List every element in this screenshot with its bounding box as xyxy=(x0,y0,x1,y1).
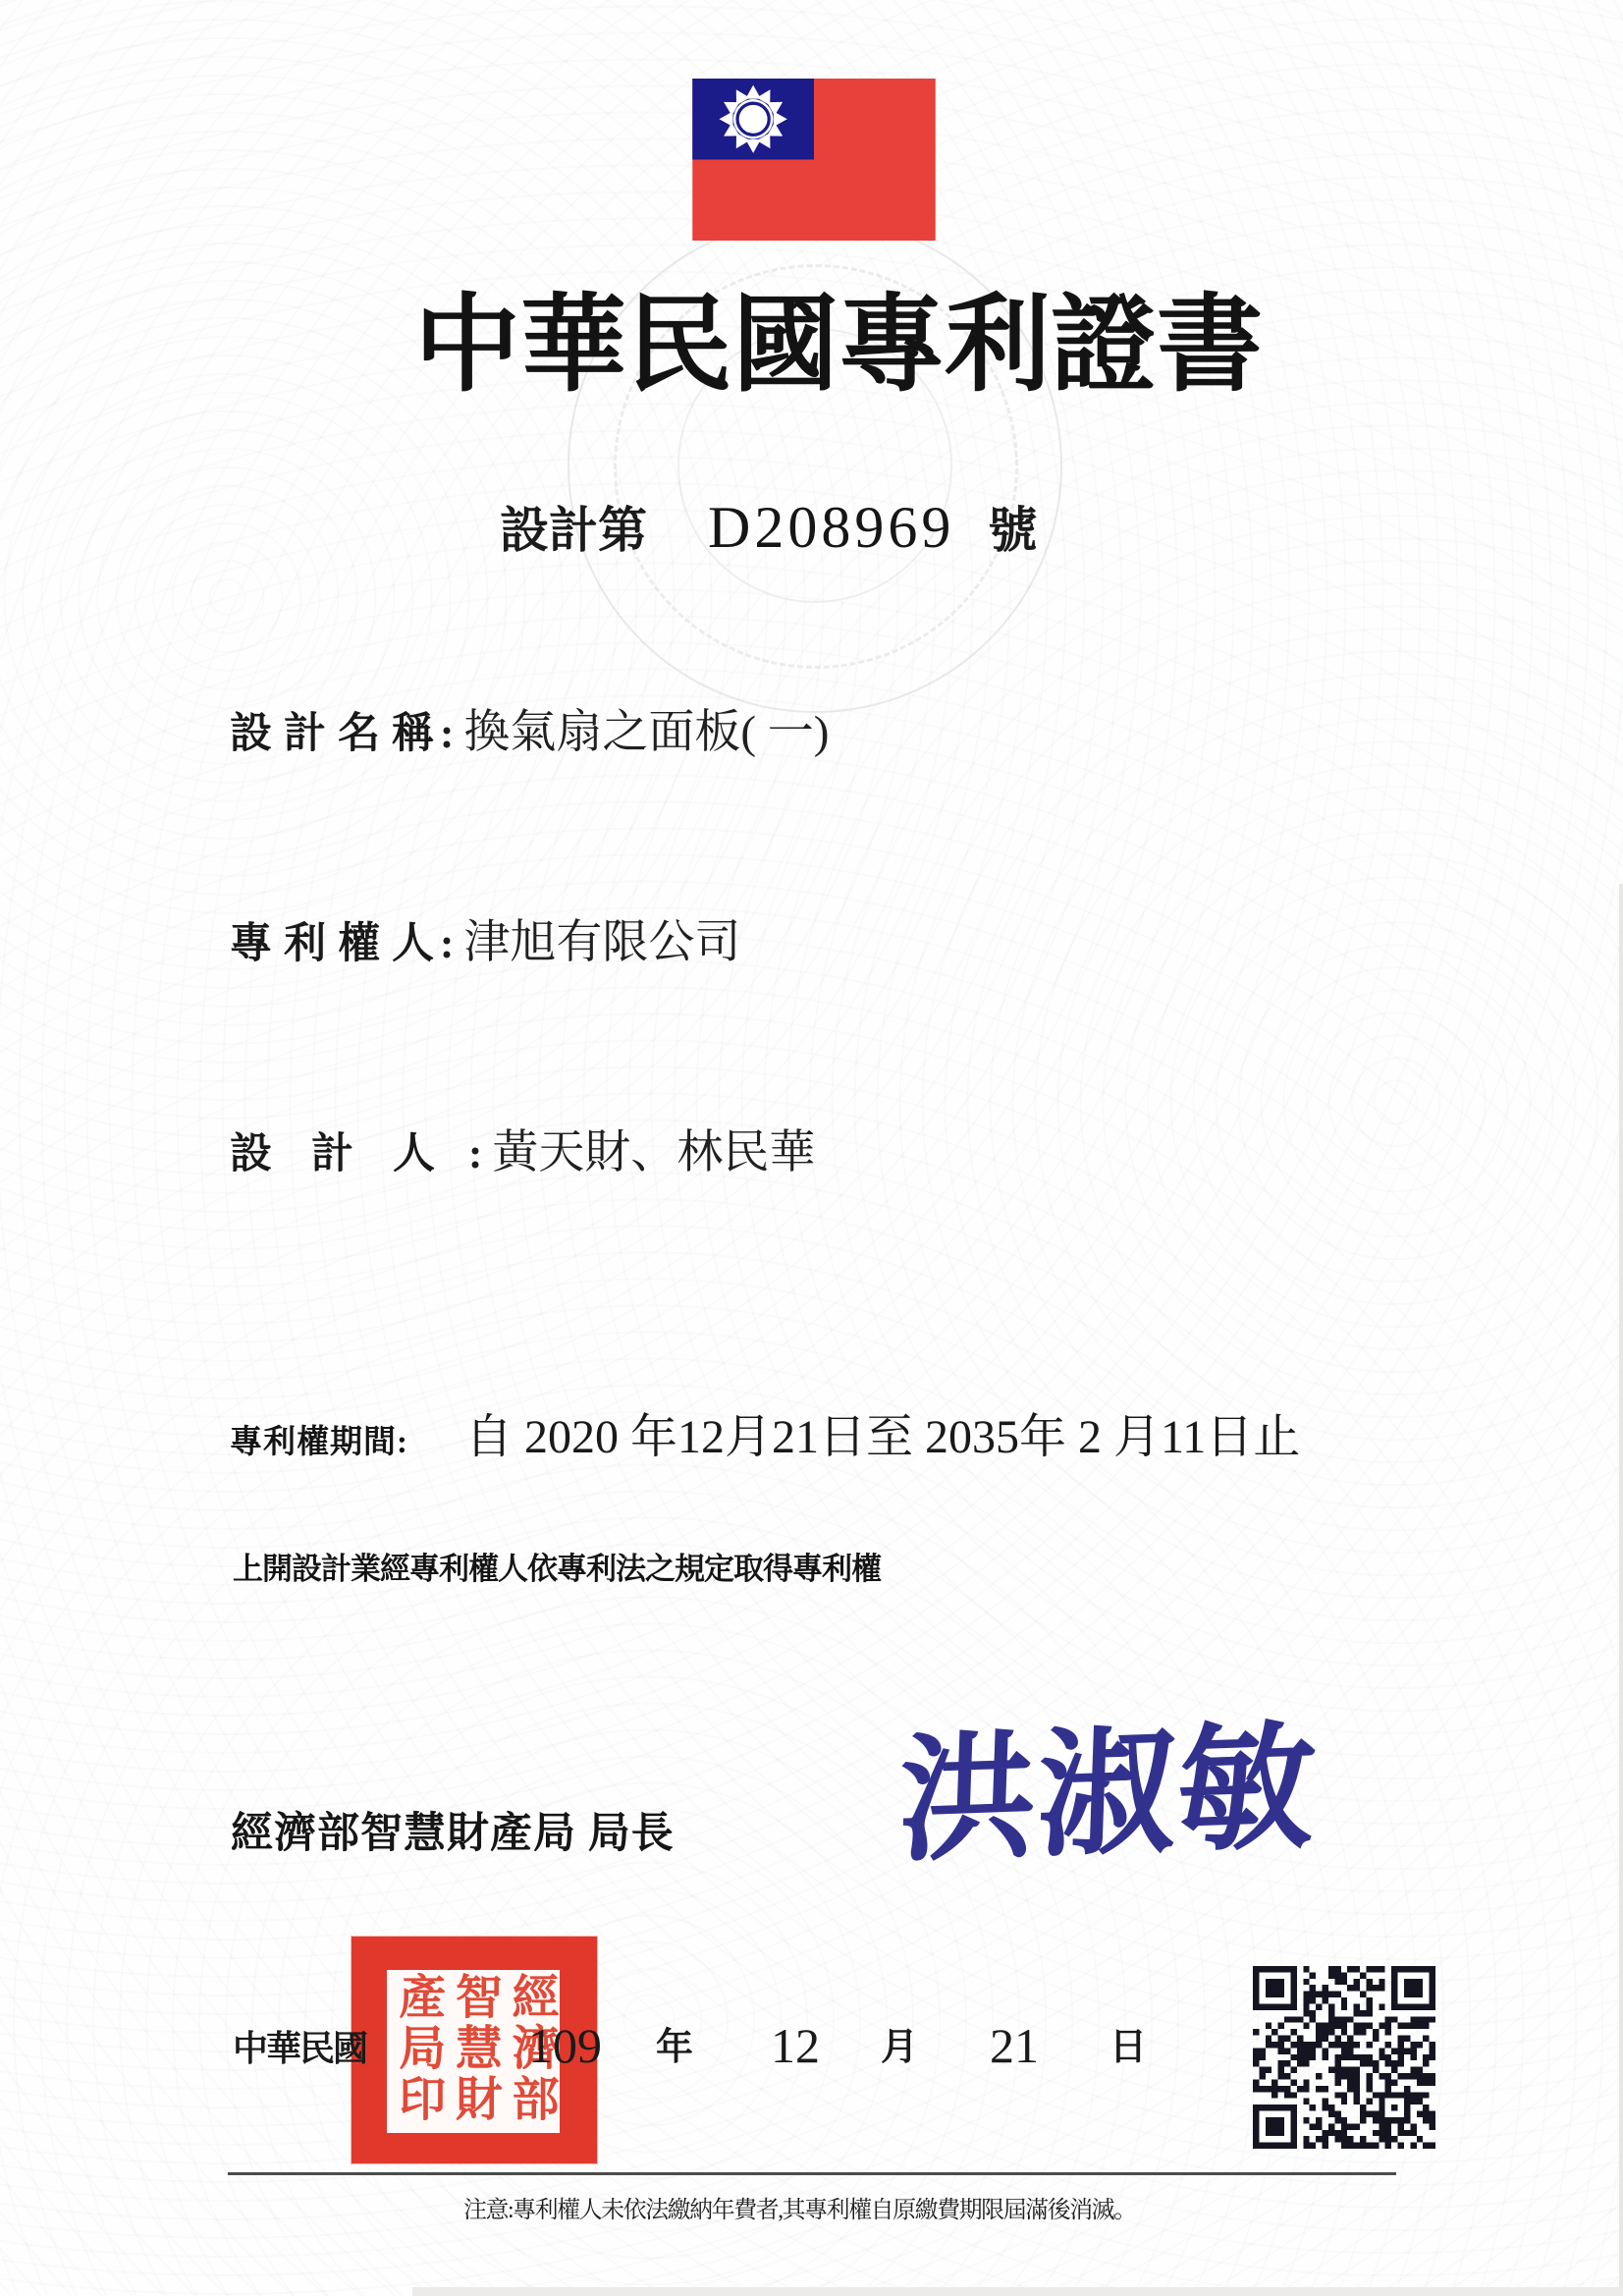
date-era-label: 中華民國 xyxy=(233,2031,366,2066)
colon: : xyxy=(440,710,454,758)
seal-column-left: 產局印 xyxy=(391,1972,443,2131)
designer-value: 黃天財、林民華 xyxy=(492,1116,815,1181)
design-name-label: 設計名稱 xyxy=(230,700,446,760)
patent-term-value: 自 2020 年12月21日至 2035年 2 月11日止 xyxy=(465,1398,1300,1466)
colon: : xyxy=(468,1130,482,1178)
legal-statement: 上開設計業經專利權人依專利法之規定取得專利權 xyxy=(233,1544,881,1588)
certificate-number-line: 設計第 D208969 號 xyxy=(500,491,1037,562)
scan-edge-artifact-right xyxy=(1619,884,1623,2296)
divider-line xyxy=(228,2172,1396,2175)
number-suffix-label: 號 xyxy=(988,491,1037,562)
date-day-value: 21 xyxy=(990,2021,1039,2070)
field-row-design-name: 設計名稱: 換氣扇之面板( 一) xyxy=(230,695,829,761)
field-row-patentee: 專利權人: 津旭有限公司 xyxy=(230,905,740,971)
patent-certificate-page: 中華民國專利證書 設計第 D208969 號 設計名稱: 換氣扇之面板( 一) … xyxy=(0,0,1623,2296)
issuer-office-title: 經濟部智慧財產局 局長 xyxy=(231,1800,675,1860)
patentee-value: 津旭有限公司 xyxy=(463,905,740,971)
footnote-text: 注意:專利權人未依法繳納年費者,其專利權自原繳費期限屆滿後消滅。 xyxy=(463,2190,1136,2224)
field-row-designer: 設計人: 黃天財、林民華 xyxy=(230,1116,815,1181)
designer-label: 設計人 xyxy=(230,1121,474,1180)
patent-term-row: 專利權期間: 自 2020 年12月21日至 2035年 2 月11日止 xyxy=(230,1398,1300,1466)
patent-term-label: 專利權期間: xyxy=(230,1416,408,1462)
date-month-unit: 月 xyxy=(881,2029,918,2066)
scan-edge-artifact-bottom xyxy=(412,2287,1623,2296)
seal-column-middle: 智慧財 xyxy=(448,1972,500,2131)
taiwan-flag-icon xyxy=(692,79,936,241)
date-day-unit: 日 xyxy=(1109,2029,1147,2066)
date-year-value: 109 xyxy=(528,2021,602,2070)
certificate-title: 中華民國專利證書 xyxy=(414,291,1263,402)
number-prefix-label: 設計第 xyxy=(500,491,647,562)
date-year-unit: 年 xyxy=(656,2029,693,2066)
director-signature: 洪淑敏 xyxy=(895,1713,1319,1879)
patentee-label: 專利權人 xyxy=(230,910,446,970)
qr-code xyxy=(1252,1966,1436,2149)
certificate-number: D208969 xyxy=(708,494,954,562)
colon: : xyxy=(440,920,454,968)
date-month-value: 12 xyxy=(771,2021,820,2070)
design-name-value: 換氣扇之面板( 一) xyxy=(463,695,829,761)
